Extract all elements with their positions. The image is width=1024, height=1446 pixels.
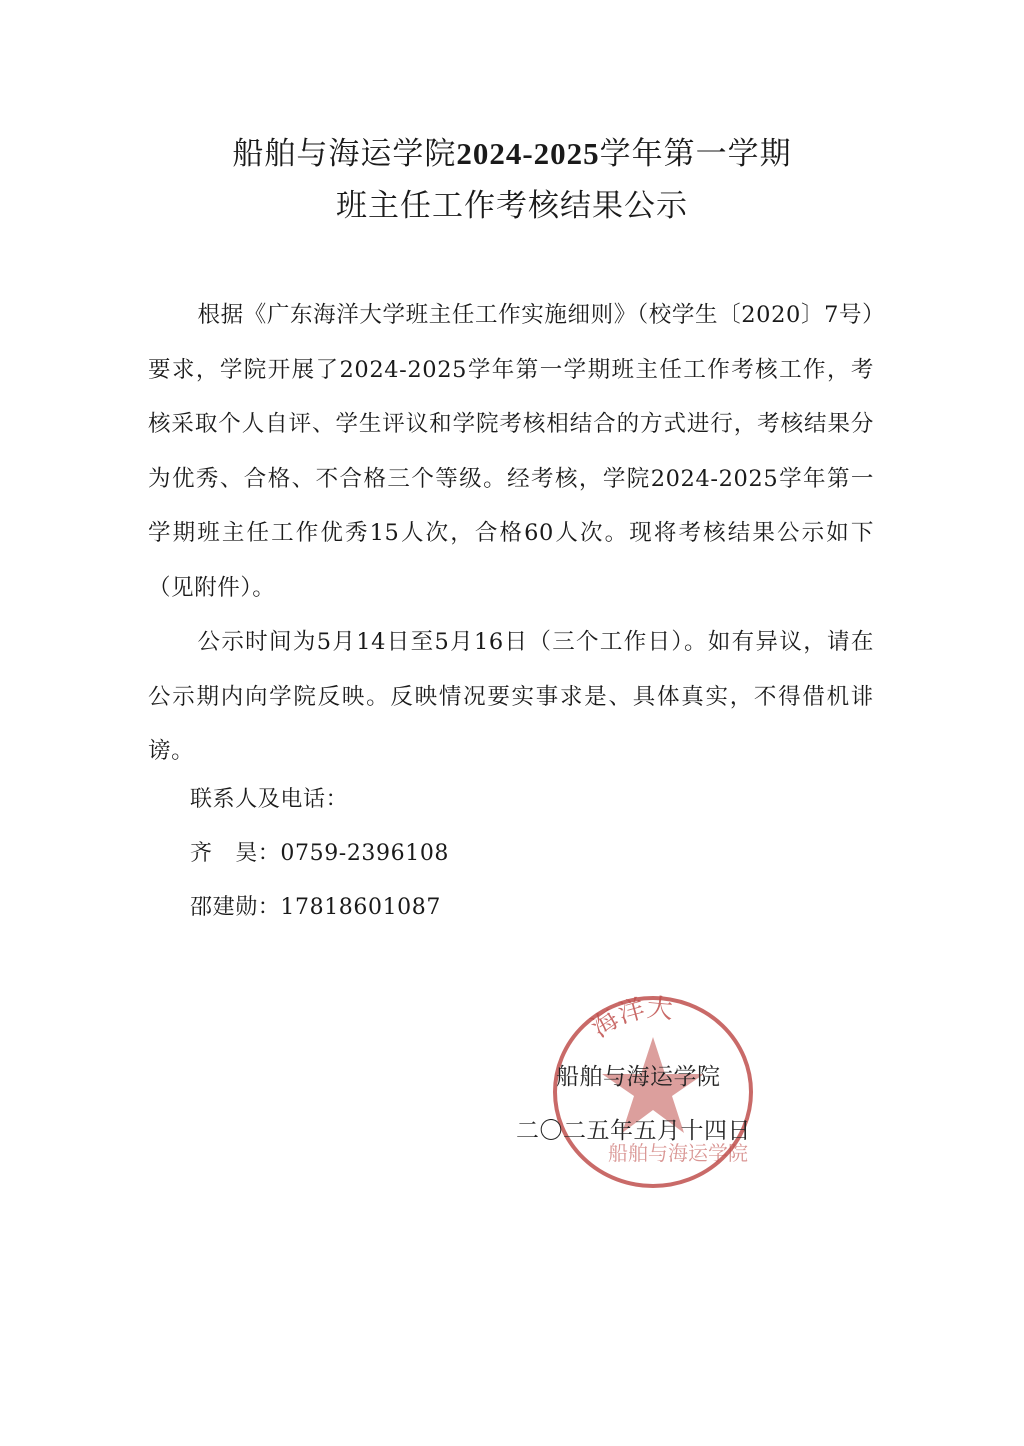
signature-date: 二〇二五年五月十四日: [516, 1112, 751, 1145]
contacts-heading: 联系人及电话：: [190, 782, 348, 813]
contact-name: 齐 昊：: [190, 841, 280, 866]
document-title-line1: 船舶与海运学院2024-2025学年第一学期: [0, 128, 1024, 173]
svg-text:海洋大: 海洋大: [586, 993, 674, 1044]
contact-phone: 17818601087: [280, 895, 441, 920]
title-year: 2024-2025: [456, 136, 599, 171]
paragraph-announcement: 根据《广东海洋大学班主任工作实施细则》（校学生〔2020〕7号）要求，学院开展了…: [148, 288, 874, 615]
document-title-line2: 班主任工作考核结果公示: [0, 180, 1024, 225]
signature-organization: 船舶与海运学院: [556, 1058, 721, 1091]
seal-top-text: 海洋大: [586, 993, 674, 1044]
contact-phone: 0759-2396108: [280, 841, 449, 866]
document-body: 根据《广东海洋大学班主任工作实施细则》（校学生〔2020〕7号）要求，学院开展了…: [148, 288, 874, 779]
title-term: 学年第一学期: [600, 136, 792, 172]
contact-row: 齐 昊：0759-2396108: [190, 836, 449, 867]
paragraph-publicity-period: 公示时间为5月14日至5月16日（三个工作日）。如有异议，请在公示期内向学院反映…: [148, 615, 874, 779]
official-seal-icon: 海洋大 船舶与海运学院: [548, 992, 758, 1192]
title-org: 船舶与海运学院: [232, 136, 456, 172]
contact-row: 邵建勋：17818601087: [190, 890, 441, 921]
contact-name: 邵建勋：: [190, 895, 280, 920]
